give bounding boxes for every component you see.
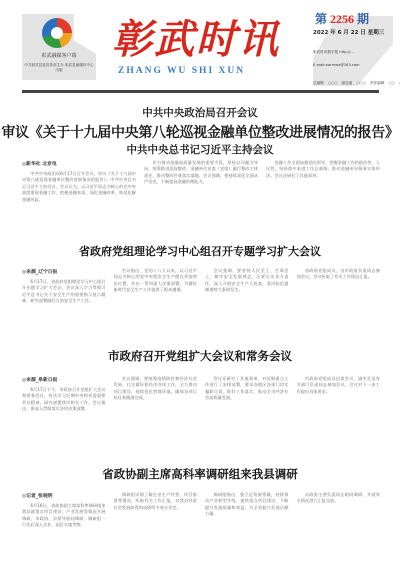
article-paragraph: 中共中央政治局6月17日召开会议，审议《关于十九届中央第八轮巡视金融单位整改进展… bbox=[22, 171, 136, 203]
article-paragraph: 作为推动金融高质量发展的重要手段，坚持以问题为导向，统筹推进巡视整改，金融单位党… bbox=[144, 160, 258, 186]
article-column: 金融工作全面加强党的领导，把握金融工作的政治性、人民性，坚持稳中求进工作总基调，… bbox=[266, 160, 380, 236]
article-column: 会议指出，党的十八大以来，以习近平同志为核心的党中央把安全生产摆在更加突出位置，… bbox=[114, 268, 198, 340]
article-paragraph: 会议指出，党的十八大以来，以习近平同志为核心的党中央把安全生产摆在更加突出位置，… bbox=[114, 268, 198, 294]
article-column: ◎来源_辽宁日报 6月17日，省政府党组理论学习中心组召开专题学习扩大会议，会议… bbox=[22, 268, 106, 340]
byline: ◎来源_辽宁日报 bbox=[22, 268, 106, 275]
story-headline: 省政府党组理论学习中心组召开专题学习扩大会议 bbox=[0, 243, 400, 259]
article-column: 调研组指出，要立足资源禀赋，持续推动产业转型升级，加快重点项目建设，不断提升发展… bbox=[205, 492, 289, 554]
masthead: 彰武融媒客户端 中共彰武县委宣传部主办 彰武县融媒体中心出版 彰武时讯 ZHAN… bbox=[0, 0, 400, 88]
article-column: 省政府党组成员，各市政府负责同志参加会议。会议听取了有关工作情况汇报。 bbox=[297, 268, 381, 340]
logo-sub-caption: 中共彰武县委宣传部主办 彰武县融媒体中心出版 bbox=[24, 63, 94, 73]
article-paragraph: 6月17日，省政府党组理论学习中心组召开专题学习扩大会议，会议深入学习贯彻习近平… bbox=[22, 279, 106, 305]
article-paragraph: 会议还研究了其他事项，对近期重点工作进行了安排部署，要求各地区各部门切实履职尽责… bbox=[205, 376, 289, 402]
byline: ◎新华社 北京电 bbox=[22, 160, 136, 167]
byline: ◎来源_阜新日报 bbox=[22, 376, 106, 383]
article-column: 会议强调，要坚持人民至上、生命至上，树牢安全发展理念，压紧压实各方责任，深入开展… bbox=[205, 268, 289, 340]
digital-edition-url: 彰武时讯数字报 http://... bbox=[313, 50, 354, 55]
article-paragraph: 会议强调，要统筹疫情防控和经济社会发展，扎实做好稳经济各项工作，全力推动项目建设… bbox=[114, 376, 198, 402]
lead-headline: 审议《关于十九届中央第八轮巡视金融单位整改进展情况的报告》 bbox=[0, 122, 400, 142]
article-column: 市政府党组成员出席会议，副市长及有关部门负责同志参加会议。会议对下一步工作提出具… bbox=[297, 376, 381, 456]
article-paragraph: 6月16日，省政协副主席高科率调研组来我县就重点项目建设、产业发展等情况开展调研… bbox=[22, 503, 106, 529]
article-paragraph: 县政协主要负责同志陪同调研，并就有关情况进行汇报交流。 bbox=[297, 492, 381, 505]
article-column: ◎来源_阜新日报 6月17日下午，市政府召开党组扩大会议和常务会议，传达学习近期… bbox=[22, 376, 106, 456]
issue-date: 2022 年 6 月 22 日 星期三 bbox=[313, 28, 384, 36]
contact-email: E-mail:zwrmwx@163.com bbox=[313, 63, 360, 67]
masthead-divider bbox=[22, 90, 379, 93]
article-paragraph: 金融工作全面加强党的领导，把握金融工作的政治性、人民性，坚持稳中求进工作总基调，… bbox=[266, 160, 380, 179]
editors-line: 总编辑 ○○○ 副总编 ○○○ 责任编辑 ○○ ○ ○○○ bbox=[313, 81, 400, 86]
play-button-logo-icon bbox=[42, 18, 72, 48]
article-column: 会议还研究了其他事项，对近期重点工作进行了安排部署，要求各地区各部门切实履职尽责… bbox=[205, 376, 289, 456]
article-paragraph: 会议强调，要坚持人民至上、生命至上，树牢安全发展理念，压紧压实各方责任，深入开展… bbox=[205, 268, 289, 294]
article-paragraph: 调研组指出，要立足资源禀赋，持续推动产业转型升级，加快重点项目建设，不断提升发展… bbox=[205, 492, 289, 518]
issue-prefix: 第 bbox=[315, 12, 327, 26]
newspaper-title: 彰武时讯 bbox=[112, 20, 280, 60]
story-headline: 市政府召开党组扩大会议和常务会议 bbox=[0, 348, 400, 364]
issue-suffix: 期 bbox=[357, 12, 369, 26]
story-headline: 省政协副主席高科率调研组来我县调研 bbox=[0, 466, 400, 482]
article-paragraph: 市政府党组成员出席会议，副市长及有关部门负责同志参加会议。会议对下一步工作提出具… bbox=[297, 376, 381, 395]
media-client-logo: 彰武融媒客户端 中共彰武县委宣传部主办 彰武县融媒体中心出版 bbox=[20, 12, 98, 82]
story-body: ◎来源_辽宁日报 6月17日，省政府党组理论学习中心组召开专题学习扩大会议，会议… bbox=[22, 268, 380, 340]
issue-info-block: 第 2256 期 2022 年 6 月 22 日 星期三 彰武时讯数字报 htt… bbox=[305, 8, 395, 86]
issue-number: 第 2256 期 bbox=[315, 10, 369, 27]
article-column: 调研组详细了解企业生产经营、项目推进等情况，听取有关工作汇报，对我县经济社会发展… bbox=[114, 492, 198, 554]
article-column: ◎记者_张晓明 6月16日，省政协副主席高科率调研组来我县就重点项目建设、产业发… bbox=[22, 492, 106, 554]
lead-subhead: 中共中央总书记习近平主持会议 bbox=[0, 142, 400, 157]
article-paragraph: 6月17日下午，市政府召开党组扩大会议和常务会议，传达学习近期中央和省委重要会议… bbox=[22, 387, 106, 413]
article-column: 县政协主要负责同志陪同调研，并就有关情况进行汇报交流。 bbox=[297, 492, 381, 554]
issue-number-value: 2256 bbox=[330, 12, 354, 26]
lead-kicker: 中共中央政治局召开会议 bbox=[0, 105, 400, 120]
article-paragraph: 省政府党组成员，各市政府负责同志参加会议。会议听取了有关工作情况汇报。 bbox=[297, 268, 381, 281]
article-column: 作为推动金融高质量发展的重要手段，坚持以问题为导向，统筹推进巡视整改，金融单位党… bbox=[144, 160, 258, 236]
article-paragraph: 调研组详细了解企业生产经营、项目推进等情况，听取有关工作汇报，对我县经济社会发展… bbox=[114, 492, 198, 511]
story-body: ◎记者_张晓明 6月16日，省政协副主席高科率调研组来我县就重点项目建设、产业发… bbox=[22, 492, 380, 554]
article-column: ◎新华社 北京电 中共中央政治局6月17日召开会议，审议《关于十九届中央第八轮巡… bbox=[22, 160, 136, 236]
article-column: 会议强调，要统筹疫情防控和经济社会发展，扎实做好稳经济各项工作，全力推动项目建设… bbox=[114, 376, 198, 456]
newspaper-title-pinyin: ZHANG WU SHI XUN bbox=[118, 66, 245, 76]
logo-caption: 彰武融媒客户端 bbox=[24, 52, 94, 59]
story-body: ◎来源_阜新日报 6月17日下午，市政府召开党组扩大会议和常务会议，传达学习近期… bbox=[22, 376, 380, 456]
lead-story-body: ◎新华社 北京电 中共中央政治局6月17日召开会议，审议《关于十九届中央第八轮巡… bbox=[22, 160, 380, 236]
byline: ◎记者_张晓明 bbox=[22, 492, 106, 499]
